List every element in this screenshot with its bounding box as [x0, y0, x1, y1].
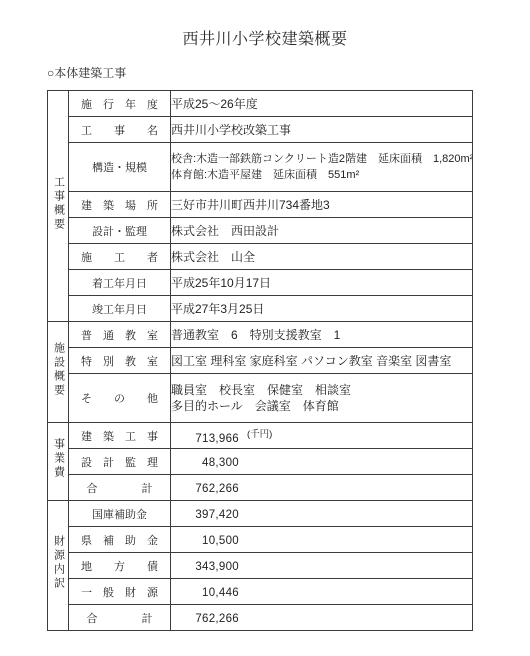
group-cell-koji-gaiyo: 工事概要	[48, 91, 69, 322]
row-label: 合 計	[69, 475, 171, 501]
row-value: 平成25年10月17日	[171, 270, 473, 296]
row-label: 構造・規模	[69, 143, 171, 192]
row-label: 一 般 財 源	[69, 579, 171, 605]
row-value: 762,266	[171, 475, 473, 501]
row-label: 竣工年月日	[69, 296, 171, 322]
amount: 10,500	[171, 535, 239, 547]
row-label: 施 行 年 度	[69, 91, 171, 117]
amount: 762,266	[171, 483, 239, 495]
group-label: 施設概要	[53, 342, 64, 398]
group-label: 財源内訳	[53, 535, 64, 591]
row-label: 県 補 助 金	[69, 527, 171, 553]
row-label: 普 通 教 室	[69, 322, 171, 348]
row-label: 設 計 監 理	[69, 449, 171, 475]
unit-note: (千円)	[247, 429, 272, 440]
row-value: 48,300	[171, 449, 473, 475]
row-value: 職員室 校長室 保健室 相談室 多目的ホール 会議室 体育館	[171, 374, 473, 423]
row-value: 西井川小学校改築工事	[171, 117, 473, 143]
group-cell-jigyohi: 事業費	[48, 423, 69, 501]
row-label: 建 築 工 事	[69, 423, 171, 449]
row-label: 設計・監理	[69, 218, 171, 244]
row-value: 普通教室 6 特別支援教室 1	[171, 322, 473, 348]
row-label: 合 計	[69, 605, 171, 631]
row-label: 国庫補助金	[69, 501, 171, 527]
amount: 343,900	[171, 561, 239, 573]
row-label: 建 築 場 所	[69, 192, 171, 218]
amount: 713,966	[171, 433, 239, 445]
value-line: 体育館:木造平屋建 延床面積 551m²	[171, 167, 472, 183]
row-label: 工 事 名	[69, 117, 171, 143]
row-value: 平成27年3月25日	[171, 296, 473, 322]
amount: 48,300	[171, 457, 239, 469]
row-label: 着工年月日	[69, 270, 171, 296]
row-value: 762,266	[171, 605, 473, 631]
value-line: 多目的ホール 会議室 体育館	[171, 398, 472, 414]
group-cell-shisetsu-gaiyo: 施設概要	[48, 322, 69, 423]
row-value: 平成25〜26年度	[171, 91, 473, 117]
amount: 397,420	[171, 509, 239, 521]
row-value: 713,966(千円)	[171, 423, 473, 449]
document-page: 西井川小学校建築概要 ○本体建築工事 工事概要 施 行 年 度 平成25〜26年…	[0, 0, 530, 656]
amount: 762,266	[171, 613, 239, 625]
row-value: 三好市井川町西井川734番地3	[171, 192, 473, 218]
group-label: 工事概要	[53, 176, 64, 232]
row-value: 図工室 理科室 家庭科室 パソコン教室 音楽室 図書室	[171, 348, 473, 374]
row-value: 397,420	[171, 501, 473, 527]
page-title: 西井川小学校建築概要	[0, 26, 530, 49]
row-label: 地 方 債	[69, 553, 171, 579]
construction-summary-table: 工事概要 施 行 年 度 平成25〜26年度 工 事 名 西井川小学校改築工事 …	[47, 90, 473, 631]
row-value: 10,446	[171, 579, 473, 605]
section-heading: ○本体建築工事	[47, 64, 126, 81]
value-line: 校舎:木造一部鉄筋コンクリート造2階建 延床面積 1,820m²	[171, 151, 472, 167]
value-line: 職員室 校長室 保健室 相談室	[171, 382, 472, 398]
group-label: 事業費	[53, 438, 64, 480]
group-cell-zaigen-uchiwake: 財源内訳	[48, 501, 69, 631]
amount: 10,446	[171, 587, 239, 599]
row-value: 株式会社 山全	[171, 244, 473, 270]
row-label: 特 別 教 室	[69, 348, 171, 374]
row-label: 施 工 者	[69, 244, 171, 270]
row-label: そ の 他	[69, 374, 171, 423]
row-value: 校舎:木造一部鉄筋コンクリート造2階建 延床面積 1,820m² 体育館:木造平…	[171, 143, 473, 192]
row-value: 10,500	[171, 527, 473, 553]
row-value: 株式会社 西田設計	[171, 218, 473, 244]
row-value: 343,900	[171, 553, 473, 579]
